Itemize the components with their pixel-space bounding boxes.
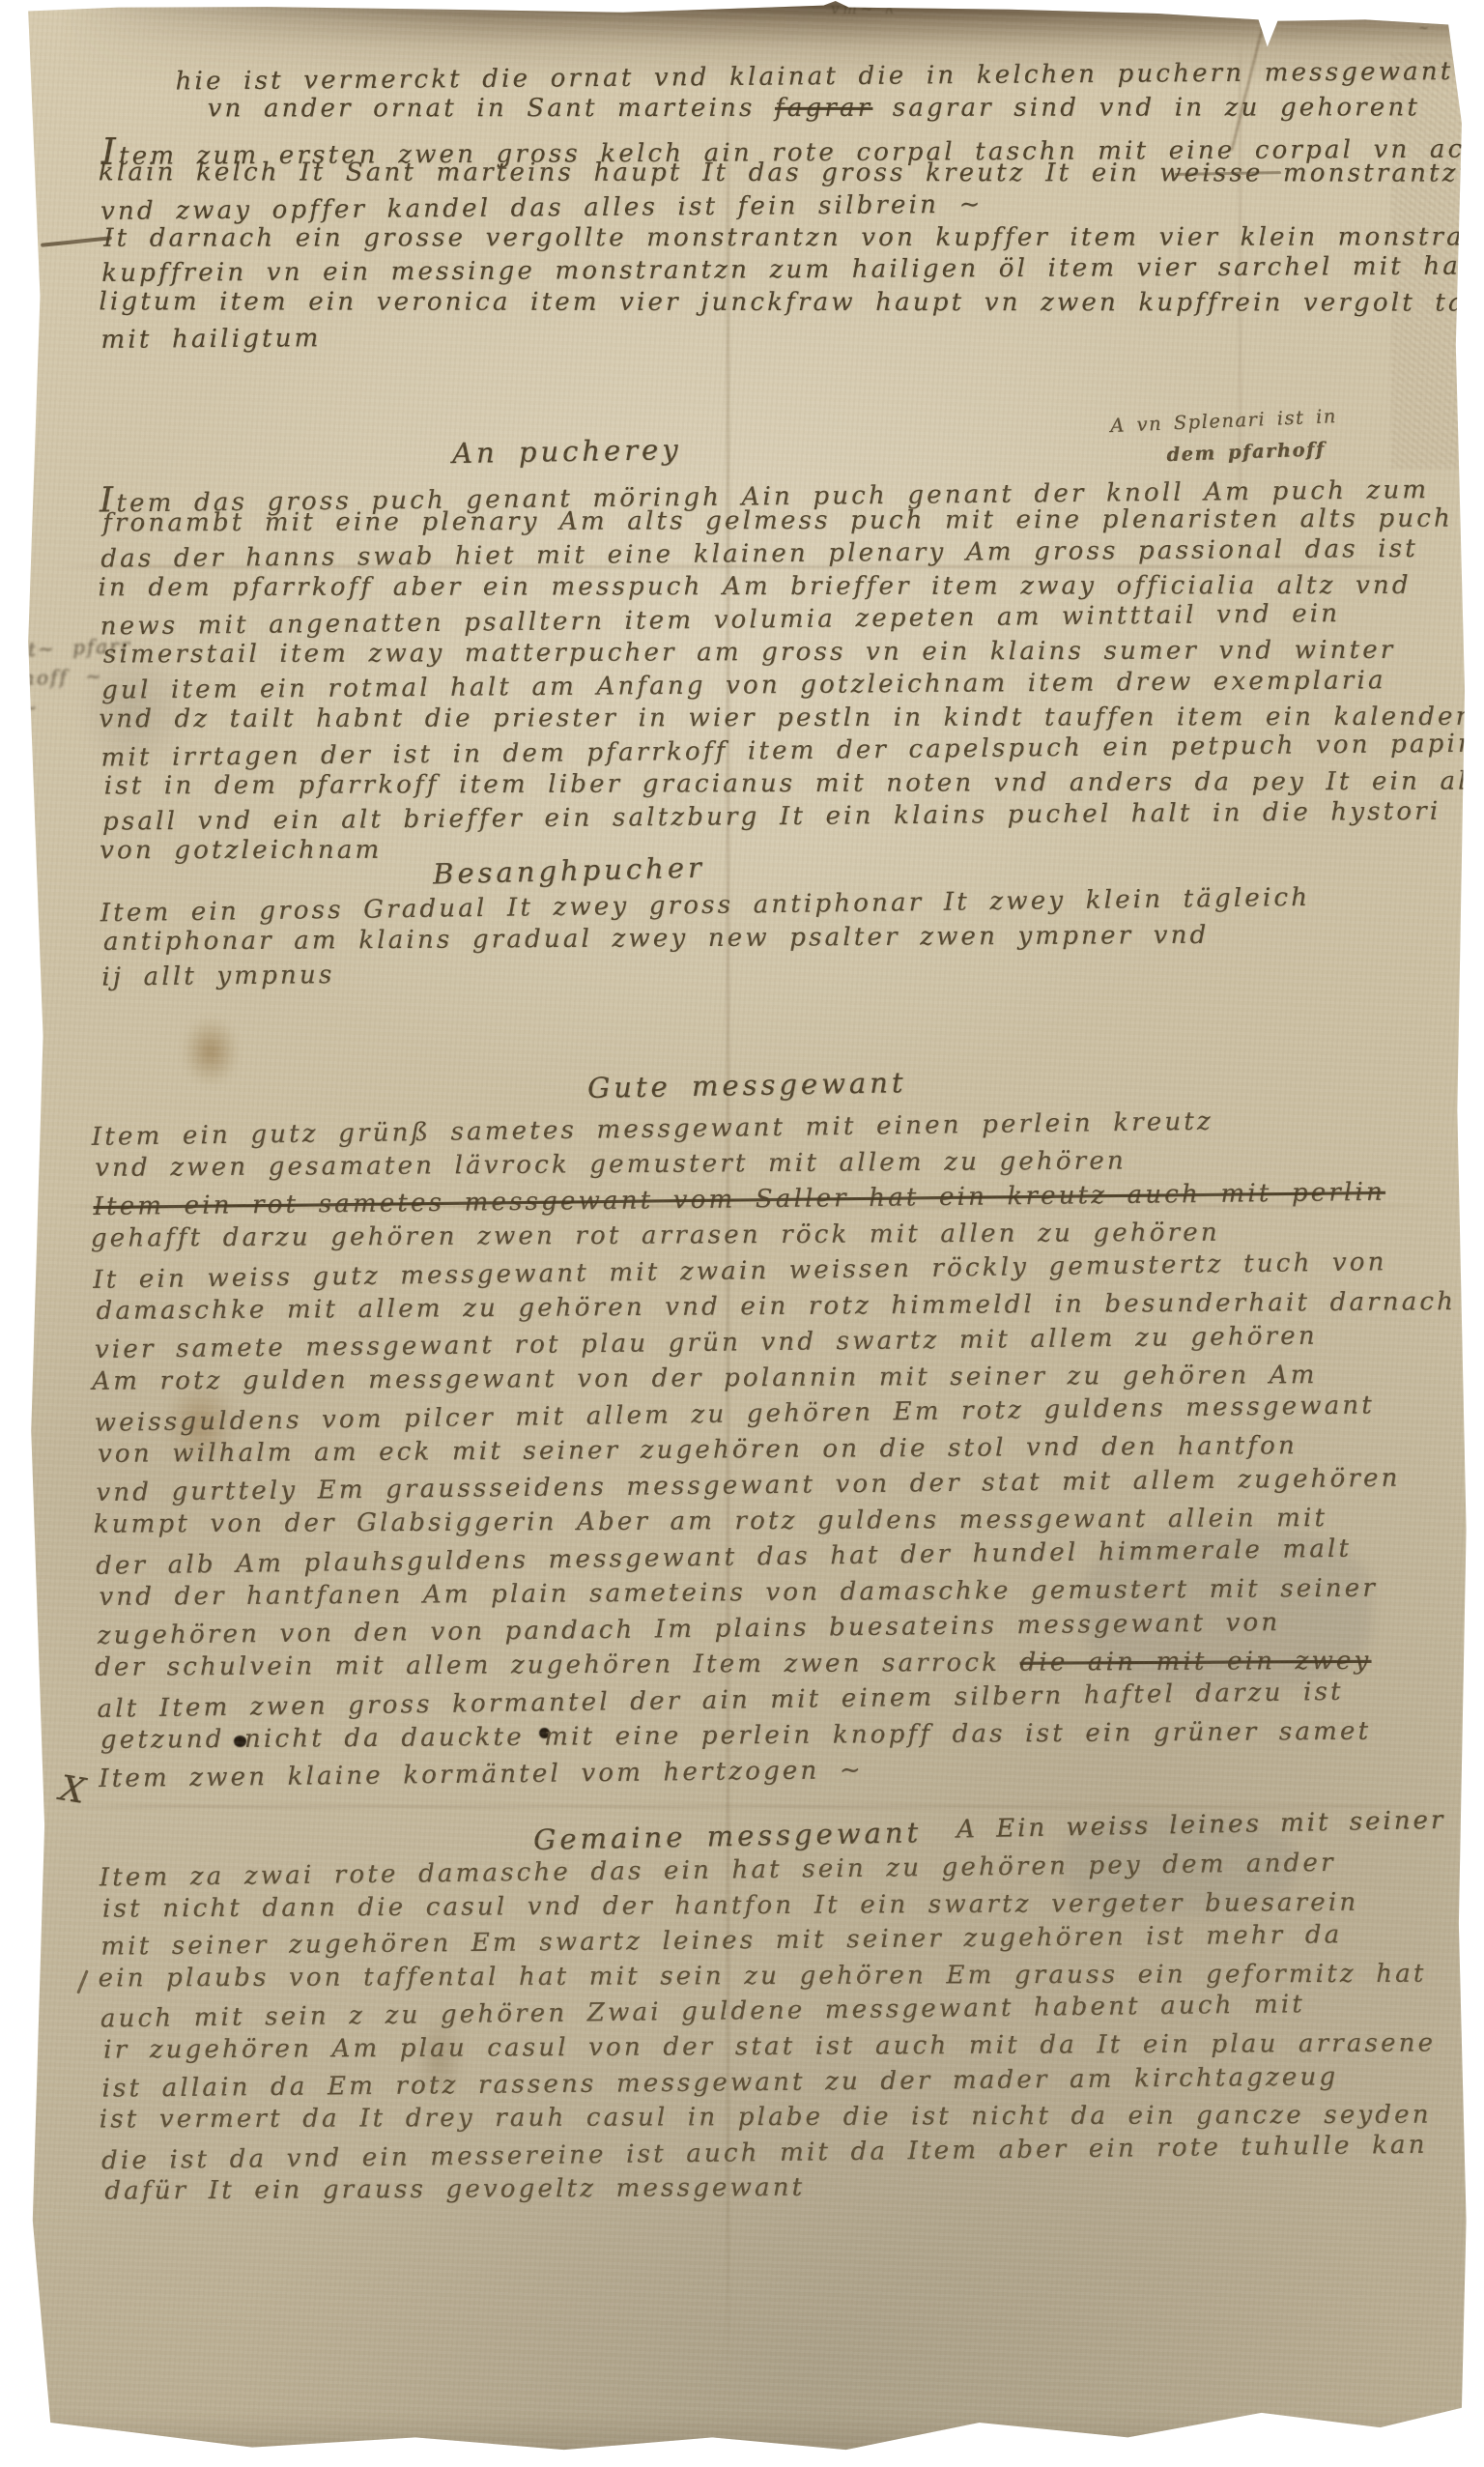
section-pucherey: Item das gross puch genant möringh Ain p… [100,470,1480,873]
handwritten-text: der schulvein mit allem zugehören Item z… [95,1649,1020,1682]
top-edge-scribble: vm~ ʌ [831,0,898,17]
handwritten-text: Item zwen klaine kormäntel vom hertzogen… [99,1756,864,1793]
section-header-gemaine-after: A Ein weiss leines mit seiner zu gehörd [956,1802,1484,1848]
handwritten-text: ein plaubs von taffental hat mit sein zu… [99,1959,1427,1993]
top-edge-scribble: ~ [1418,21,1433,36]
manuscript-line: klain kelch It Sant marteins haupt It da… [99,158,1484,192]
section-header-gemaine-label: Gemaine messgewant [533,1816,923,1856]
handwritten-text: vn ander ornat in Sant marteins [208,94,775,124]
handwritten-text: klain kelch It Sant marteins haupt It da… [99,158,1478,188]
section-header-pucherey: An pucherey [452,433,682,470]
manuscript-page: vm~ ʌ ~ hie ist vermerckt die ornat vnd … [0,0,1484,2467]
section-header-besang: Besanghpucher [433,851,705,891]
section-gute: Item ein gutz grünß sametes messgewant m… [92,1106,1458,1798]
handwritten-text: hoff ~ [22,664,104,690]
handwritten-text: It~ pfarr [17,634,131,662]
handwritten-text: Item za zwai rote damasche das ein hat s… [100,1849,1336,1893]
manuscript-line: mit hailigtum [100,314,1484,358]
manuscript-line: von gotzleichnam [100,834,1478,869]
handwritten-text: Am rotz gulden messgewant von der polann… [92,1361,1317,1396]
handwritten-text: antiphonar am klains gradual zwey new ps… [103,921,1210,957]
handwritten-text: simerstail item zway matterpucher am gro… [103,636,1396,670]
section-besang: Item ein gross Gradual It zwey gross ant… [100,886,1311,995]
handwritten-text: ist nicht dann die casul vnd der hantfon… [102,1887,1358,1923]
handwritten-text: sagrar sind vnd in zu gehorent [872,94,1420,123]
handwritten-text: fronambt mit eine plenary Am alts gelmes… [102,504,1453,538]
manuscript-line: ~ [21,692,135,725]
manuscript-line: Item zum ersten zwen gross kelch ain rot… [101,123,1484,162]
handwritten-text: Item ein gutz grünß sametes messgewant m… [92,1107,1213,1152]
handwritten-text: ist vermert da It drey rauh casul in pla… [100,2101,1432,2135]
handwritten-text: dem pfarhoff [1166,438,1326,466]
manuscript-line: hoff ~ [22,663,136,696]
manuscript-line: vn ander ornat in Sant marteins fagrar s… [208,94,1484,128]
section-gemaine: Item za zwai rote damasche das ein hat s… [100,1850,1435,2215]
handwritten-text: gehafft darzu gehören zwen rot arrasen r… [91,1219,1220,1253]
handwritten-text: vnd dz tailt habnt die priester in wier … [99,703,1470,733]
margin-x-mark: X [57,1768,88,1812]
handwritten-text: It darnach ein grosse vergollte monstran… [103,222,1484,252]
handwritten-text: ligtum item ein veronica item vier junck… [99,287,1484,317]
handwritten-text: ~ [21,695,41,719]
handwritten-text: vnd zwen gesamaten lävrock gemustert mit… [95,1146,1127,1182]
manuscript-line: It darnach ein grosse vergollte monstran… [103,222,1484,256]
handwritten-text: ist in dem pfarrkoff item liber gracianu… [104,766,1483,800]
manuscript-line: It~ pfarr [17,634,131,668]
handwritten-text: kumpt von der Glabsiggerin Aber am rotz … [94,1504,1328,1539]
handwritten-text: A vn Splenari ist in [1110,405,1337,437]
handwritten-text: mit hailigtum [100,324,321,355]
handwritten-text: hie ist vermerckt die ornat vnd klainat … [175,57,1453,96]
struck-text: fagrar [775,94,872,123]
handwritten-text: kupffrein vn ein messinge monstrantzn zu… [101,252,1471,288]
handwritten-text: ij allt ympnus [101,961,334,992]
handwritten-text: ir zugehören Am plau casul von der stat … [103,2028,1436,2064]
handwriting-layer: vm~ ʌ ~ hie ist vermerckt die ornat vnd … [0,0,1484,2467]
struck-text: die ain mit ein zwey [1019,1647,1371,1678]
handwritten-text: vnd zway opffer kandel das alles ist fei… [100,189,984,225]
handwritten-text: in dem pfarrkoff aber ein messpuch Am br… [98,571,1411,602]
opening-paragraph: hie ist vermerckt die ornat vnd klainat … [100,59,1484,355]
handwritten-text: von gotzleichnam [100,836,382,866]
section-header-gute: Gute messgewant [587,1066,907,1104]
manuscript-line: kupffrein vn ein messinge monstrantzn zu… [101,251,1484,291]
manuscript-line: dafür It ein grauss gevogeltz messgewant [104,2170,1437,2213]
margin-note-right: A vn Splenari ist indem pfarhoff [1110,406,1339,478]
handwritten-text: dafür It ein grauss gevogeltz messgewant [104,2173,805,2206]
margin-note-left-faded: It~ pfarrhoff ~~ [17,634,133,725]
